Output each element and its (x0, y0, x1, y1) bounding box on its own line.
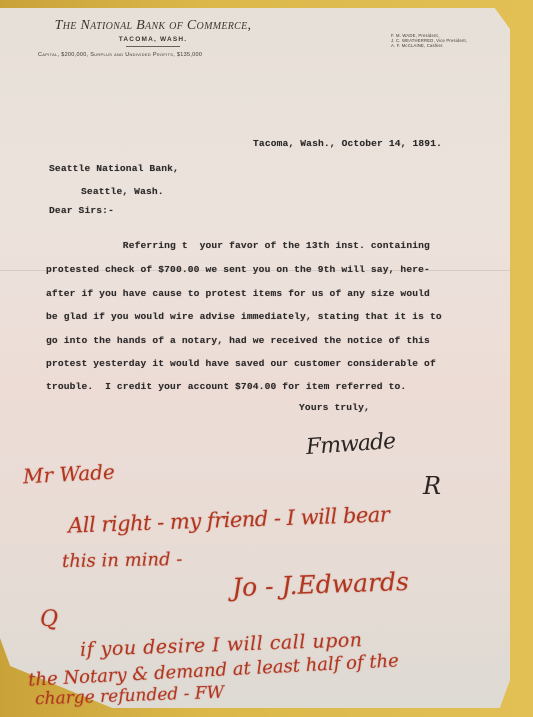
body-line: protest yesterday it would have saved ou… (46, 358, 436, 369)
body-line: be glad if you would wire advise immedia… (46, 311, 442, 322)
reply-line-2: this in mind - (62, 549, 183, 572)
signature-mark: R (423, 472, 441, 500)
body-line: Referring t your favor of the 13th inst.… (46, 240, 430, 251)
reply-salutation: Mr Wade (22, 460, 115, 489)
capital-line: Capital, $200,000, Surplus and Undivided… (38, 52, 268, 58)
body-line: go into the hands of a notary, had we re… (46, 335, 430, 346)
reply-signature: Jo - J.Edwards (232, 567, 410, 602)
officer-cashier: A. F. McCLAINE, Cashier. (391, 43, 467, 48)
officers-list: F. M. WADE, President, J. C. WEATHERRED,… (391, 33, 467, 48)
recipient-city: Seattle, Wash. (81, 186, 164, 197)
bank-name: The National Bank of Commerce, (38, 18, 268, 34)
recipient-name: Seattle National Bank, (49, 163, 179, 174)
body-line: protested check of $700.00 we sent you o… (46, 264, 430, 275)
note-mark: Q (40, 607, 58, 632)
letterhead: The National Bank of Commerce, TACOMA, W… (38, 18, 268, 58)
letterhead-rule (126, 46, 180, 47)
body-line: after if you have cause to protest items… (46, 288, 430, 299)
salutation: Dear Sirs:- (49, 205, 114, 216)
body-line: trouble. I credit your account $704.00 f… (46, 381, 406, 392)
closing: Yours truly, (299, 402, 370, 413)
bank-city: TACOMA, WASH. (38, 36, 268, 43)
dateline: Tacoma, Wash., October 14, 1891. (253, 138, 442, 149)
